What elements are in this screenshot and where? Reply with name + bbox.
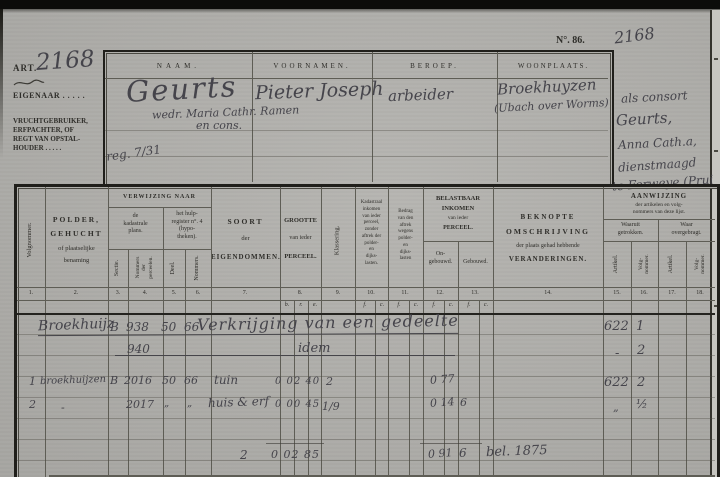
column-number: 6. [186,290,210,296]
header-volgnommer-18: Volg- nommer. [694,244,708,284]
entry-klassering: 1/9 [322,400,340,413]
column-number: 7. [233,290,257,296]
rule-line [686,241,687,477]
entry-volgnummer: 2 [29,398,36,411]
header-aanwijzing-3: nommers van deze lijst. [603,209,715,215]
column-number: 13. [463,290,487,296]
column-number: 15. [605,290,629,296]
photo-top-edge-shadow [0,9,720,13]
totals-gebouwd: 6 [459,446,467,460]
rule-line [493,187,494,477]
adjacent-page-tick [714,58,718,60]
scanned-register-page: N°. 86. 2168 ART. 2168 EIGENAAR . . . . … [0,0,720,477]
header-polder-1: POLDER, [45,215,108,224]
entry-nommer: 940 [127,342,150,356]
header-grootte-2: van ieder [280,235,321,241]
rule-line [603,241,715,242]
rule-line [423,241,493,242]
rule-line [17,460,715,461]
header-nommers: Nommers. [194,248,202,288]
column-header-voornamen: VOORNAMEN. [252,62,372,70]
header-soort-1: SOORT [211,217,280,226]
header-grootte-1: GROOTTE [280,217,321,224]
rule-line [105,130,608,131]
owner-occupation: arbeider [388,85,454,105]
header-kadastraal-inkomen: Kadastraal inkomen van ieder perceel, zo… [355,200,388,268]
header-hulpregister: het hulp- register n°. 4 (hypo- theken). [163,211,211,241]
header-gebouwd: Gebouwd. [458,259,493,265]
entry-deel-ditto: „ [164,398,169,409]
header-verwijzing: VERWIJZING NAAR [108,194,211,200]
header-grootte-3: PERCEEL. [280,253,321,260]
rule-line [105,156,608,157]
sheet-number: N°. 86. [556,35,585,46]
column-header-beroep: BEROEP. [372,62,497,70]
column-header-woonplaats: WOONPLAATS. [497,62,610,70]
totals-grootte: 0 02 85 [271,448,320,461]
entry-gehucht: broekhuijzen [40,374,106,387]
adjacent-page-tick [714,150,718,152]
header-aanwijzing-1: AANWIJZING [603,192,715,200]
vruchtgebruiker-label: VRUCHTGEBRUIKER, ERFPACHTER, OF REGT VAN… [13,117,88,153]
entry-sectie: B [110,374,118,387]
entry-artikel-ditto: „ [613,401,619,414]
entry-omschrijving: idem [298,341,331,356]
entry-klassering: 2 [326,375,333,388]
art-label: ART. [13,63,37,73]
entry-nommer: 2017 [126,398,154,411]
header-nommers-perceelen: Nommers der perceelen. [135,247,156,288]
entry-gehucht-ditto: - [61,401,65,414]
header-ongebouwd: On- gebouwd. [423,251,458,266]
sum-line [266,443,324,444]
header-kadastrale-plans: de kadastrale plans. [108,213,163,236]
rule-line [17,300,715,301]
entry-artikel: 622 [604,375,629,390]
column-number: 18. [688,290,712,296]
rule-line [163,207,164,477]
rule-line [108,207,211,208]
rule-line [372,52,373,182]
column-number: 17. [660,290,684,296]
entry-deel: 50 [161,320,176,334]
rule-line [49,475,715,477]
owner-firstnames: Pieter Joseph [255,78,384,104]
header-belastbaar-4: PERCEEL. [423,225,493,231]
entry-nommer: 938 [126,320,149,334]
header-beknopte-4: VERANDERINGEN. [493,255,603,263]
header-belastbaar-2: INKOMEN [423,205,493,212]
photo-top-edge [0,0,720,9]
rule-line [603,219,715,220]
header-soort-2: der [211,235,280,242]
entry-grootte: 0 02 40 [275,376,320,387]
column-number: 8. [288,290,312,296]
margin-note-line: dienstmaagd [618,155,697,174]
column-number: 4. [133,290,157,296]
rule-line [631,241,632,477]
header-belastbaar-1: BELASTBAAR [423,195,493,202]
art-number-handwritten: 2168 [35,46,95,76]
column-number: 14. [536,290,560,296]
totals-note: bel. 1875 [486,443,548,460]
totals-ongebouwd: 0 91 [428,446,453,461]
entry-artikel-ditto: - [615,346,619,361]
column-number: 11. [393,290,417,296]
column-number: 5. [162,290,186,296]
header-beknopte-1: BEKNOPTE [493,213,603,221]
column-number: 2. [64,290,88,296]
rule-line [17,287,715,288]
entry-grootte: 0 00 45 [275,399,320,410]
margin-note-line: Geurts, [616,109,673,130]
header-klassering: Klassering. [334,201,343,281]
owner-surname-addition2: en cons. [196,119,242,132]
header-bedrag-aftrek: Bedrag van den aftrek wegens polder- en … [388,209,423,263]
column-number: 16. [632,290,656,296]
rule-line [497,52,498,182]
header-deel: Deel. [170,248,178,288]
rule-line [108,187,109,477]
header-polder-2: GEHUCHT [45,229,108,238]
header-soort-3: EIGENDOMMEN. [211,253,280,261]
header-artikel-15: Artikel. [613,244,621,284]
header-volgnommer: Volgnommer. [26,197,36,283]
header-sectie: Sectie. [114,248,122,288]
rule-line [185,249,186,477]
margin-note-line: Anna Cath.a, [618,134,697,152]
header-artikel-17: Artikel. [668,244,676,284]
entry-ongebouwd: 0 77 [430,372,455,387]
rule-line [458,241,459,477]
margin-note-line: als consort [621,88,688,105]
column-number: 9. [326,290,350,296]
entry-nommer: 2016 [124,374,152,387]
header-waaruit-getrokken: Waaruit getrokken. [603,222,658,237]
article-number-top-handwritten: 2168 [613,24,656,48]
header-polder-3: of plaatselijke [45,245,108,252]
entry-gehucht: Broekhuijz [38,316,115,335]
header-beknopte-2: OMSCHRIJVING [493,227,603,236]
entry-volgnummer: 1 [29,375,36,388]
header-beknopte-3: der plaats gehad hebbende [493,243,603,249]
header-volgnommer-16: Volg- nommer. [638,244,652,284]
entry-soort: huis & erf [208,394,269,410]
entry-gebouwd: 6 [460,396,467,409]
entry-soort: tuin [214,373,238,387]
entry-deel: 50 [162,374,176,387]
owner-surname: Geurts [125,69,238,109]
eigenaar-label: EIGENAAR . . . . . [13,91,85,100]
rule-line [388,187,389,477]
column-number: 10. [359,290,383,296]
entry-nommers: 66 [184,374,198,387]
entry-ongebouwd: 0 14 [430,395,455,410]
sum-line [420,443,482,444]
header-polder-4: benaming [45,257,108,264]
rule-line [479,300,480,477]
strike-line [115,355,455,356]
entry-volgnommer: 1 [636,319,644,334]
entry-volgnommer: 2 [637,375,645,390]
rule-line [17,418,715,419]
header-belastbaar-3: van ieder [423,215,493,221]
totals-count: 2 [240,448,248,462]
rule-line [423,187,424,477]
column-number: 12. [428,290,452,296]
rule-line [108,249,211,250]
header-waar-overgebragt: Waar overgebragt. [658,222,715,237]
header-aanwijzing-2: der artikelen en volg- [603,202,715,208]
entry-volgnommer: ½ [636,397,648,411]
column-number: 3. [106,290,130,296]
rule-line [355,187,356,477]
rule-line [128,249,129,477]
entry-sectie: B [110,320,119,334]
column-number: 1. [19,290,43,296]
entry-artikel: 622 [604,319,629,334]
photo-left-edge [0,9,3,159]
rule-line [17,397,715,398]
flourish-icon [12,78,46,88]
rule-line [17,439,715,440]
entry-nommers-ditto: „ [187,398,192,409]
entry-volgnommer: 2 [637,343,645,358]
